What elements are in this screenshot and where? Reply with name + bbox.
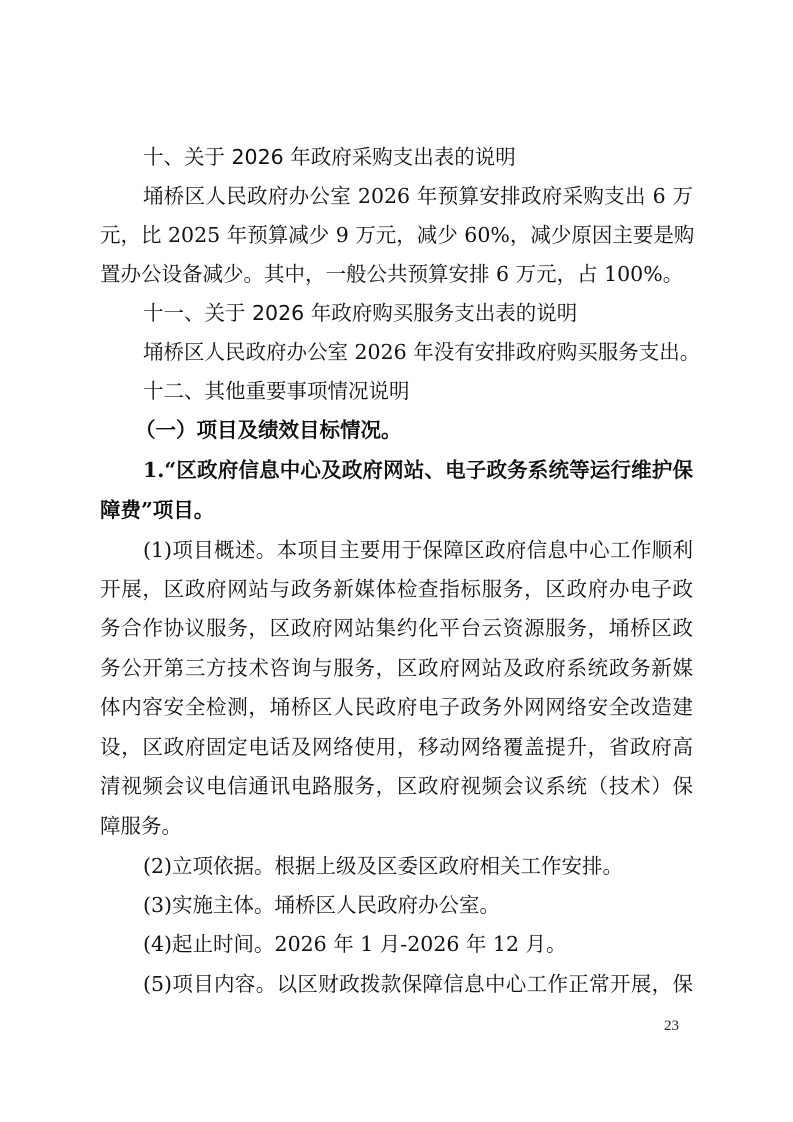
paragraph-line: 开展，区政府网站与政务新媒体检查指标服务，区政府办电子政 <box>100 569 693 609</box>
section-heading-11: 十一、关于 2026 年政府购买服务支出表的说明 <box>143 293 693 333</box>
subsection-heading: （一）项目及绩效目标情况。 <box>135 410 728 450</box>
paragraph-line: 置办公设备减少。其中，一般公共预算安排 6 万元，占 100%。 <box>100 254 693 294</box>
paragraph-line: (1)项目概述。本项目主要用于保障区政府信息中心工作顺利 <box>143 530 693 570</box>
paragraph-line: 障服务。 <box>100 806 693 846</box>
paragraph-line: 元，比 2025 年预算减少 9 万元，减少 60%，减少原因主要是购 <box>100 215 693 255</box>
paragraph-line: 清视频会议电信通讯电路服务，区政府视频会议系统（技术）保 <box>100 766 693 806</box>
paragraph-line: 务公开第三方技术咨询与服务，区政府网站及政府系统政务新媒 <box>100 648 693 688</box>
item-title-continued: 障费”项目。 <box>100 490 693 530</box>
item-title: 1.“区政府信息中心及政府网站、电子政务系统等运行维护保 <box>143 450 693 490</box>
paragraph-line: 体内容安全检测，埇桥区人民政府电子政务外网网络安全改造建 <box>100 687 693 727</box>
section-heading-12: 十二、其他重要事项情况说明 <box>143 371 693 411</box>
paragraph-line: (5)项目内容。以区财政拨款保障信息中心工作正常开展，保 <box>143 964 693 1004</box>
paragraph-line: 埇桥区人民政府办公室 2026 年没有安排政府购买服务支出。 <box>143 332 693 372</box>
document-page: 十、关于 2026 年政府采购支出表的说明 埇桥区人民政府办公室 2026 年预… <box>0 0 793 1122</box>
section-heading-10: 十、关于 2026 年政府采购支出表的说明 <box>143 137 693 177</box>
paragraph-line: 设，区政府固定电话及网络使用，移动网络覆盖提升，省政府高 <box>100 727 693 767</box>
paragraph-line: 务合作协议服务，区政府网站集约化平台云资源服务，埇桥区政 <box>100 608 693 648</box>
paragraph-line: 埇桥区人民政府办公室 2026 年预算安排政府采购支出 6 万 <box>143 176 693 216</box>
paragraph-line: (2)立项依据。根据上级及区委区政府相关工作安排。 <box>143 846 693 886</box>
page-number: 23 <box>664 1018 679 1035</box>
paragraph-line: (3)实施主体。埇桥区人民政府办公室。 <box>143 885 693 925</box>
paragraph-line: (4)起止时间。2026 年 1 月-2026 年 12 月。 <box>143 924 693 964</box>
